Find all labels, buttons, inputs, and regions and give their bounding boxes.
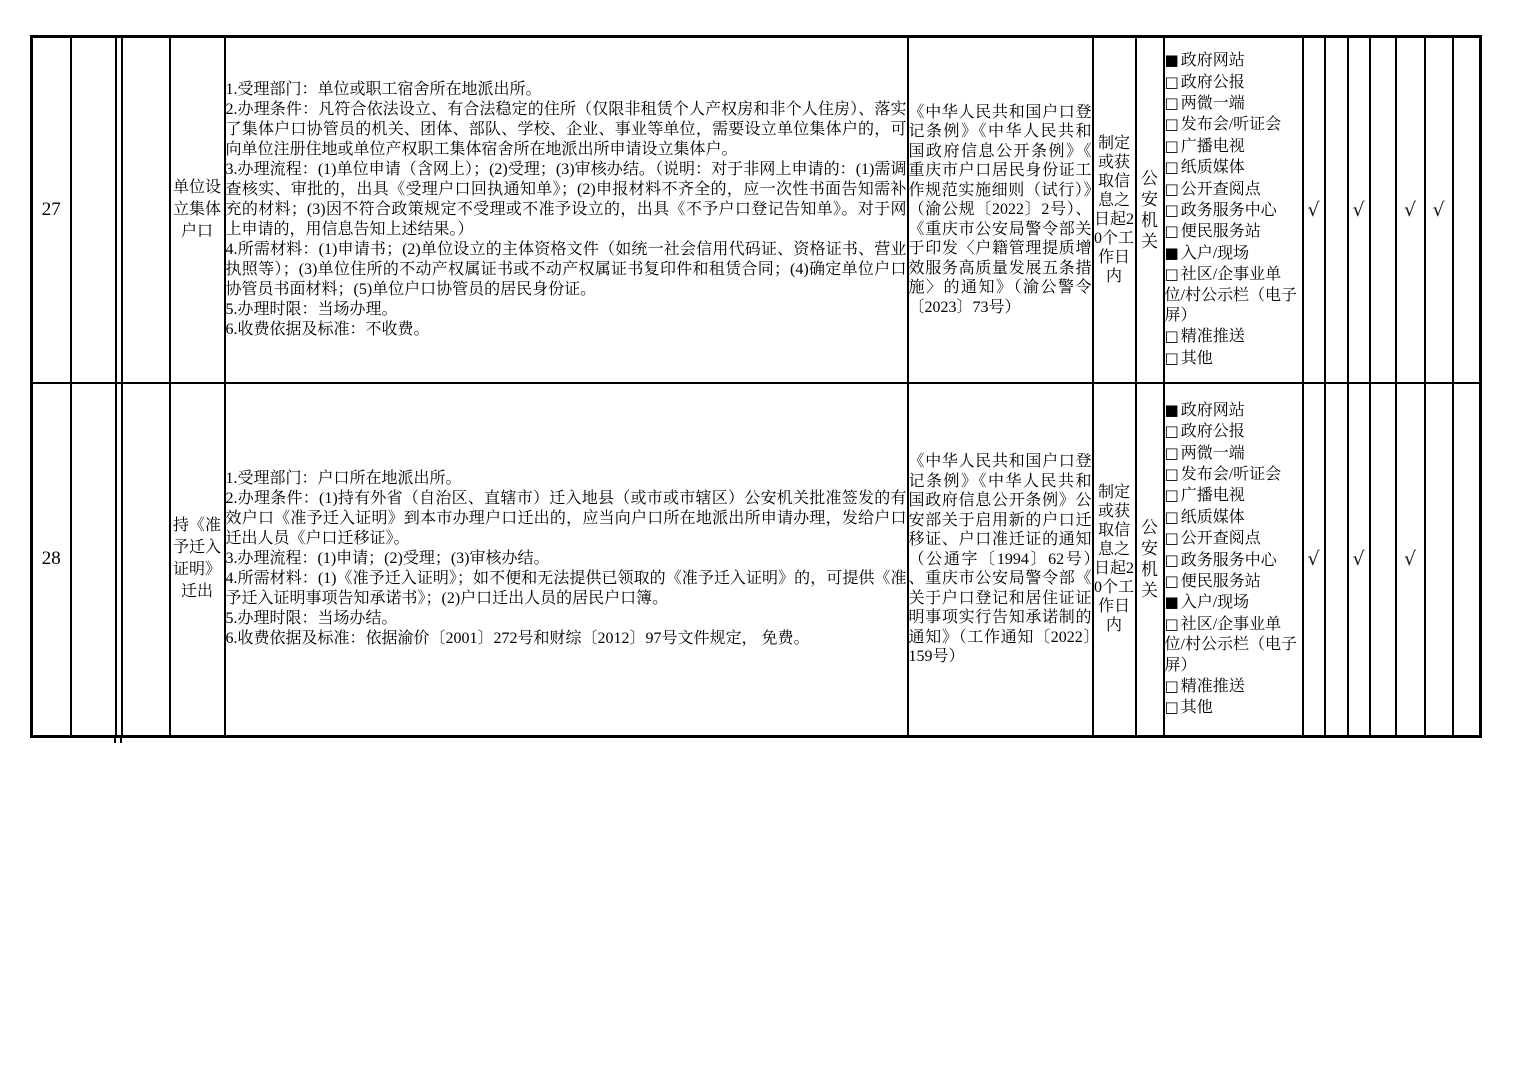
channel-label: 纸质媒体: [1181, 509, 1245, 526]
agency-cell: 公安机关: [1136, 37, 1164, 383]
checkmark-cell: √: [1303, 37, 1325, 383]
channel-label: 广播电视: [1181, 487, 1245, 504]
channel-item: □广播电视: [1165, 485, 1302, 506]
checkmark-cell: √: [1348, 37, 1370, 383]
checkmark-cell: [1325, 383, 1348, 737]
checkbox-checked-icon: ■: [1165, 401, 1179, 419]
checkbox-icon: □: [1165, 73, 1179, 91]
channel-label: 便民服务站: [1181, 573, 1261, 590]
detail-item: 3.办理流程：(1)申请；(2)受理；(3)审核办结。: [226, 549, 907, 569]
channel-item: □两微一端: [1165, 93, 1302, 114]
row-number: 28: [32, 383, 71, 737]
channel-item: □社区/企事业单位/村公示栏（电子屏）: [1165, 264, 1302, 326]
checkbox-icon: □: [1165, 529, 1179, 547]
channel-item: □便民服务站: [1165, 571, 1302, 592]
checkbox-icon: □: [1165, 180, 1179, 198]
empty-cell: [122, 37, 170, 383]
channel-label: 公开查阅点: [1181, 530, 1261, 547]
checkbox-icon: □: [1165, 698, 1179, 716]
channels-cell: ■政府网站 □政府公报 □两微一端 □发布会/听证会 □广播电视 □纸质媒体 □…: [1164, 37, 1303, 383]
grid-line-tail: [114, 736, 116, 743]
empty-cell: [122, 383, 170, 737]
checkbox-checked-icon: ■: [1165, 244, 1179, 262]
channel-item: □政务服务中心: [1165, 200, 1302, 221]
detail-item: 4.所需材料：(1)《准予迁入证明》；如不便和无法提供已领取的《准予迁入证明》的…: [226, 569, 907, 609]
agency-cell: 公安机关: [1136, 383, 1164, 737]
channel-label: 社区/企事业单位/村公示栏（电子屏）: [1165, 266, 1297, 324]
channel-item: □便民服务站: [1165, 221, 1302, 242]
channel-item: □公开查阅点: [1165, 179, 1302, 200]
channel-item: □政务服务中心: [1165, 550, 1302, 571]
checkbox-icon: □: [1165, 422, 1179, 440]
checkmark-cell: [1453, 37, 1481, 383]
checkbox-icon: □: [1165, 265, 1179, 283]
channel-label: 政府公报: [1181, 423, 1245, 440]
checkbox-icon: □: [1165, 349, 1179, 367]
channel-label: 两微一端: [1181, 445, 1245, 462]
channel-item: ■政府网站: [1165, 400, 1302, 421]
table-row-28: 28 持《准予迁入证明》迁出 1.受理部门：户口所在地派出所。 2.办理条件：(…: [32, 383, 1481, 737]
channel-item: □公开查阅点: [1165, 528, 1302, 549]
channel-label: 发布会/听证会: [1181, 466, 1281, 483]
channel-label: 社区/企事业单位/村公示栏（电子屏）: [1165, 616, 1297, 674]
detail-item: 6.收费依据及标准：不收费。: [226, 320, 907, 340]
checkmark-cell: √: [1425, 37, 1453, 383]
detail-item: 1.受理部门：单位或职工宿舍所在地派出所。: [226, 80, 907, 100]
channel-item: ■入户/现场: [1165, 592, 1302, 613]
checkbox-icon: □: [1165, 327, 1179, 345]
channel-label: 政府网站: [1181, 402, 1245, 419]
checkbox-icon: □: [1165, 615, 1179, 633]
channel-label: 政府网站: [1181, 52, 1245, 69]
channel-label: 其他: [1181, 350, 1213, 367]
channel-label: 公开查阅点: [1181, 181, 1261, 198]
timeline-cell: 制定或获取信息之日起20个工作日内: [1093, 383, 1136, 737]
empty-cell: [71, 37, 116, 383]
channel-label: 便民服务站: [1181, 223, 1261, 240]
checkmark-cell: [1325, 37, 1348, 383]
checkmark-cell: √: [1396, 383, 1425, 737]
timeline-cell: 制定或获取信息之日起20个工作日内: [1093, 37, 1136, 383]
checkbox-icon: □: [1165, 486, 1179, 504]
page: { "table": { "rows": [ { "id": "27", "ca…: [0, 0, 1520, 1074]
checkmark-cell: [1370, 383, 1396, 737]
checkbox-icon: □: [1165, 572, 1179, 590]
detail-cell: 1.受理部门：单位或职工宿舍所在地派出所。 2.办理条件：凡符合依法设立、有合法…: [225, 37, 908, 383]
checkbox-icon: □: [1165, 201, 1179, 219]
channel-item: □广播电视: [1165, 136, 1302, 157]
detail-item: 2.办理条件：凡符合依法设立、有合法稳定的住所（仅限非租赁个人产权房和非个人住房…: [226, 100, 907, 160]
row-number: 27: [32, 37, 71, 383]
checkmark-cell: √: [1303, 383, 1325, 737]
channel-label: 两微一端: [1181, 95, 1245, 112]
detail-item: 5.办理时限：当场办结。: [226, 609, 907, 629]
channel-item: ■入户/现场: [1165, 243, 1302, 264]
channel-label: 政务服务中心: [1181, 552, 1277, 569]
checkbox-icon: □: [1165, 551, 1179, 569]
grid-line-tail: [120, 736, 122, 743]
legal-basis-cell: 《中华人民共和国户口登记条例》《中华人民共和国政府信息公开条例》《重庆市户口居民…: [908, 37, 1093, 383]
channel-label: 精准推送: [1181, 678, 1245, 695]
checkbox-icon: □: [1165, 158, 1179, 176]
category-cell: 持《准予迁入证明》迁出: [170, 383, 225, 737]
channels-cell: ■政府网站 □政府公报 □两微一端 □发布会/听证会 □广播电视 □纸质媒体 □…: [1164, 383, 1303, 737]
channel-item: □发布会/听证会: [1165, 464, 1302, 485]
checkbox-icon: □: [1165, 465, 1179, 483]
channel-item: □纸质媒体: [1165, 157, 1302, 178]
detail-item: 6.收费依据及标准：依据渝价〔2001〕272号和财综〔2012〕97号文件规定…: [226, 629, 907, 649]
channel-item: □政府公报: [1165, 72, 1302, 93]
checkmark-cell: [1370, 37, 1396, 383]
checkbox-icon: □: [1165, 94, 1179, 112]
empty-cell: [71, 383, 116, 737]
channel-label: 其他: [1181, 699, 1213, 716]
checkbox-checked-icon: ■: [1165, 51, 1179, 69]
disclosure-items-table: 27 单位设立集体户口 1.受理部门：单位或职工宿舍所在地派出所。 2.办理条件…: [30, 35, 1482, 738]
checkbox-icon: □: [1165, 137, 1179, 155]
checkbox-icon: □: [1165, 677, 1179, 695]
channel-label: 发布会/听证会: [1181, 116, 1281, 133]
channel-item: □社区/企事业单位/村公示栏（电子屏）: [1165, 614, 1302, 676]
detail-item: 3.办理流程：(1)单位申请（含网上）；(2)受理；(3)审核办结。（说明：对于…: [226, 160, 907, 240]
channel-label: 广播电视: [1181, 138, 1245, 155]
channel-label: 入户/现场: [1181, 594, 1249, 611]
legal-basis-cell: 《中华人民共和国户口登记条例》《中华人民共和国政府信息公开条例》公安部关于启用新…: [908, 383, 1093, 737]
detail-cell: 1.受理部门：户口所在地派出所。 2.办理条件：(1)持有外省（自治区、直辖市）…: [225, 383, 908, 737]
channel-label: 政务服务中心: [1181, 202, 1277, 219]
checkmark-cell: [1425, 383, 1453, 737]
channel-item: □精准推送: [1165, 676, 1302, 697]
checkmark-cell: √: [1348, 383, 1370, 737]
channel-label: 精准推送: [1181, 328, 1245, 345]
detail-item: 5.办理时限：当场办理。: [226, 300, 907, 320]
channel-item: □精准推送: [1165, 326, 1302, 347]
channel-label: 纸质媒体: [1181, 159, 1245, 176]
channel-item: □其他: [1165, 697, 1302, 718]
channel-item: □发布会/听证会: [1165, 114, 1302, 135]
table-row-27: 27 单位设立集体户口 1.受理部门：单位或职工宿舍所在地派出所。 2.办理条件…: [32, 37, 1481, 383]
checkbox-icon: □: [1165, 444, 1179, 462]
channel-item: □纸质媒体: [1165, 507, 1302, 528]
checkmark-cell: [1453, 383, 1481, 737]
category-cell: 单位设立集体户口: [170, 37, 225, 383]
detail-item: 1.受理部门：户口所在地派出所。: [226, 469, 907, 489]
channel-item: □两微一端: [1165, 443, 1302, 464]
channel-item: □其他: [1165, 348, 1302, 369]
checkbox-icon: □: [1165, 222, 1179, 240]
checkbox-icon: □: [1165, 115, 1179, 133]
detail-item: 4.所需材料：(1)申请书；(2)单位设立的主体资格文件（如统一社会信用代码证、…: [226, 240, 907, 300]
channel-label: 政府公报: [1181, 74, 1245, 91]
channel-item: □政府公报: [1165, 421, 1302, 442]
channel-item: ■政府网站: [1165, 50, 1302, 71]
checkmark-cell: √: [1396, 37, 1425, 383]
channel-label: 入户/现场: [1181, 245, 1249, 262]
checkbox-icon: □: [1165, 508, 1179, 526]
detail-item: 2.办理条件：(1)持有外省（自治区、直辖市）迁入地县（或市或市辖区）公安机关批…: [226, 489, 907, 549]
checkbox-checked-icon: ■: [1165, 593, 1179, 611]
